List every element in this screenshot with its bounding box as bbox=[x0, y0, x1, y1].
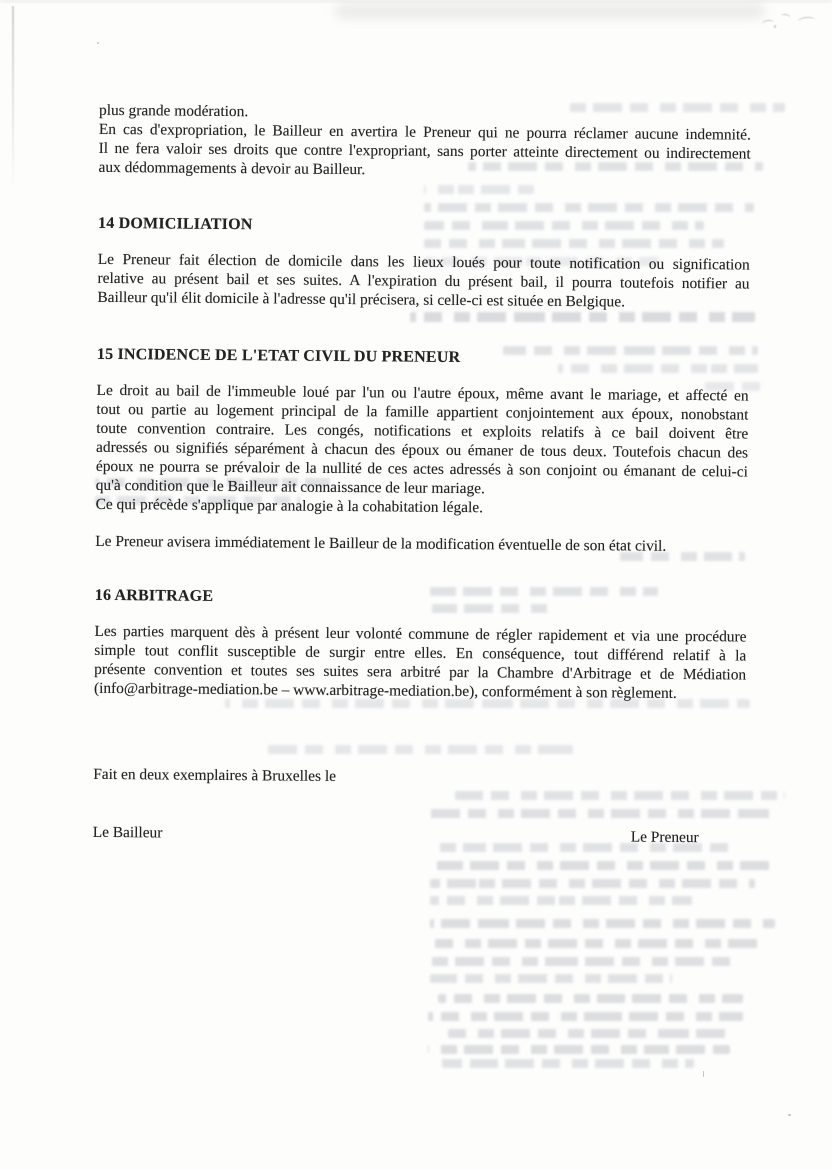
signature-label-bailleur: Le Bailleur bbox=[93, 823, 163, 843]
section-16-heading: 16 ARBITRAGE bbox=[95, 586, 747, 611]
closing-made-line: Fait en deux exemplaires à Bruxelles le bbox=[93, 765, 745, 790]
document-content: plus grande modération. En cas d'expropr… bbox=[93, 101, 751, 848]
signature-row: Le Bailleur Le Preneur bbox=[93, 823, 745, 848]
section-16-paragraph: Les parties marquent dès à présent leur … bbox=[94, 622, 747, 704]
section-15-notice-line: Le Preneur avisera immédiatement le Bail… bbox=[95, 532, 747, 557]
scanned-lease-page: plus grande modération. En cas d'expropr… bbox=[0, 0, 832, 1169]
section-14-heading: 14 DOMICILIATION bbox=[98, 214, 750, 239]
section-15-paragraph: Le droit au bail de l'immeuble loué par … bbox=[96, 381, 749, 501]
page-tilt-layer: plus grande modération. En cas d'expropr… bbox=[0, 0, 832, 1169]
section-14-paragraph: Le Preneur fait élection de domicile dan… bbox=[97, 250, 749, 313]
signature-label-preneur: Le Preneur bbox=[631, 828, 699, 848]
paragraph-expropriation: En cas d'expropriation, le Bailleur en a… bbox=[98, 120, 750, 183]
section-15-heading: 15 INCIDENCE DE L'ETAT CIVIL DU PRENEUR bbox=[97, 345, 749, 370]
